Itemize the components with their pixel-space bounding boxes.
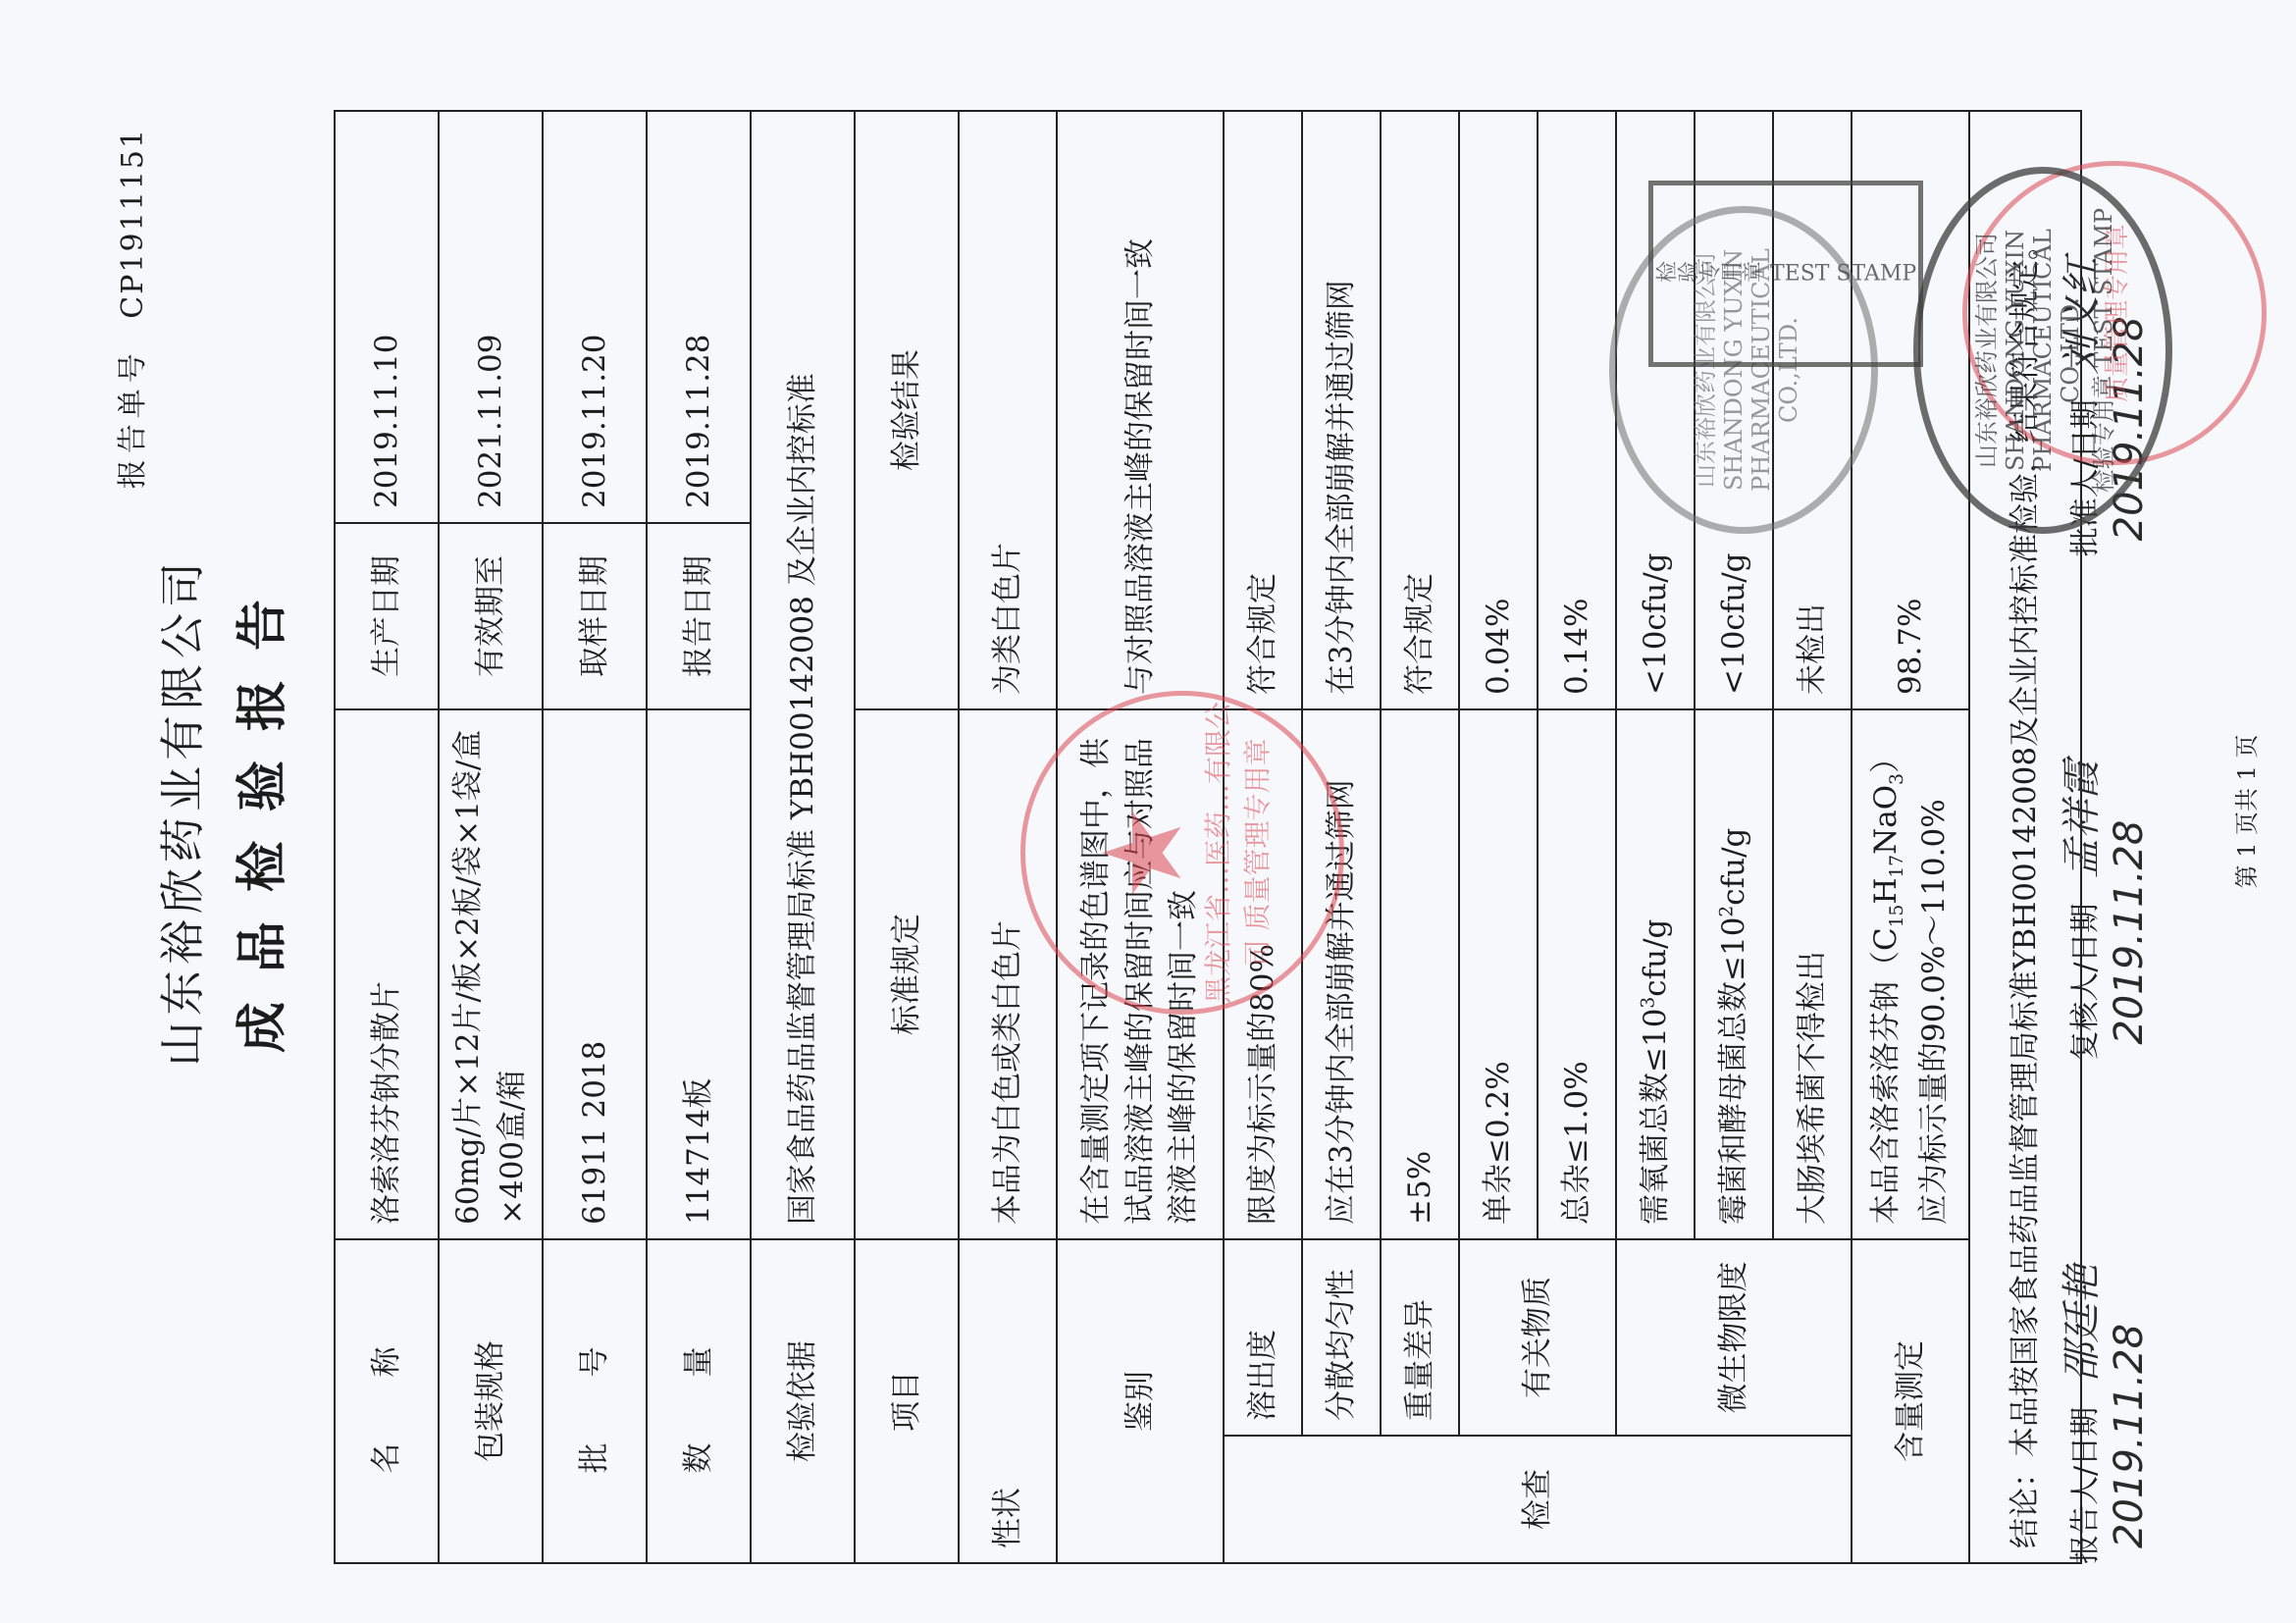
sampling-date: 2019.11.20	[543, 111, 647, 523]
header-result: 检验结果	[855, 111, 959, 709]
name-label: 名 称	[335, 1239, 439, 1563]
row-packaging: 包装规格 60mg/片×12片/板×2板/袋×1袋/盒×400盒/箱 有效期至 …	[439, 111, 543, 1563]
standard-ecoli: 大肠埃希菌不得检出	[1773, 709, 1852, 1239]
batch-number: 61911 2018	[543, 709, 647, 1239]
standard-identification: 在含量测定项下记录的色谱图中，供试品溶液主峰的保留时间应与对照品溶液主峰的保留时…	[1057, 709, 1224, 1239]
row-related-single: 有关物质 单杂≤0.2% 0.04%	[1459, 111, 1538, 1563]
signature-row: 报告人/日期 邵廷艳 2019.11.28 复核人/日期 孟祥霞 2019.11…	[2051, 112, 2152, 1564]
reviewer-sign: 孟祥霞	[2060, 760, 2105, 878]
row-appearance: 性状 本品为白色或类白色片 为类白色片	[959, 111, 1057, 1563]
item-assay: 含量测定	[1852, 1239, 1969, 1563]
expiry-label: 有效期至	[439, 523, 543, 709]
item-related-substances: 有关物质	[1459, 1239, 1616, 1436]
quantity-label: 数 量	[647, 1239, 751, 1563]
standard-weight-variation: ±5%	[1381, 709, 1459, 1239]
standard-single-impurity: 单杂≤0.2%	[1459, 709, 1538, 1239]
reporter-label: 报告人/日期	[2068, 1407, 2103, 1564]
assay-std-prefix: 本品含洛索洛芬钠（C	[1868, 927, 1904, 1225]
item-dispersion: 分散均匀性	[1302, 1239, 1381, 1436]
standard-mold-yeast: 霉菌和酵母菌总数≤102cfu/g	[1695, 709, 1773, 1239]
standard-appearance: 本品为白色或类白色片	[959, 709, 1057, 1239]
page-number: 第 1 页共 1 页	[2227, 0, 2262, 1623]
approver-label: 批准人/日期	[2068, 399, 2103, 556]
header-item: 项目	[855, 1239, 959, 1563]
reporter-sign: 邵廷艳	[2060, 1264, 2105, 1382]
production-date: 2019.11.10	[335, 111, 439, 523]
result-single-impurity: 0.04%	[1459, 111, 1538, 709]
row-dissolution: 检查 溶出度 限度为标示量的80% 符合规定	[1224, 111, 1302, 1563]
assay-mid1: H	[1868, 878, 1904, 905]
report-number: 报告单号 CP1911151	[108, 128, 151, 489]
result-dispersion: 在3分钟内全部崩解并通过筛网	[1302, 111, 1381, 709]
result-identification: 与对照品溶液主峰的保留时间一致	[1057, 111, 1224, 709]
item-weight-variation: 重量差异	[1381, 1239, 1459, 1436]
conclusion-label: 结论：	[2008, 1457, 2043, 1548]
row-identification: 鉴别 在含量测定项下记录的色谱图中，供试品溶液主峰的保留时间应与对照品溶液主峰的…	[1057, 111, 1224, 1563]
company-name: 山东裕欣药业有限公司	[147, 0, 212, 1623]
conclusion-text: 本品按国家食品药品监督管理局标准YBH00142008及企业内控标准检验，结果符…	[2008, 230, 2043, 1457]
batch-label: 批 号	[543, 1239, 647, 1563]
sampling-date-label: 取样日期	[543, 523, 647, 709]
reporter-signature: 报告人/日期 邵廷艳 2019.11.28	[2051, 1120, 2152, 1564]
approver-sign: 刘义红	[2060, 257, 2105, 375]
row-batch: 批 号 61911 2018 取样日期 2019.11.20	[543, 111, 647, 1563]
aerobic-prefix: 需氧菌总数≤10	[1638, 1009, 1673, 1225]
row-dispersion: 分散均匀性 应在3分钟内全部崩解并通过筛网 在3分钟内全部崩解并通过筛网	[1302, 111, 1381, 1563]
product-name: 洛索洛芬钠分散片	[335, 709, 439, 1239]
standard-assay: 本品含洛索洛芬钠（C15H17NaO3）应为标示量的90.0%～110.0%	[1852, 709, 1969, 1239]
standard-dissolution: 限度为标示量的80%	[1224, 709, 1302, 1239]
report-date-label: 报告日期	[647, 523, 751, 709]
item-identification: 鉴别	[1057, 1239, 1224, 1563]
assay-sub2: 17	[1888, 855, 1908, 878]
mold-unit: cfu/g	[1716, 828, 1751, 906]
report-number-value: CP1911151	[116, 128, 150, 319]
approver-date: 2019.11.28	[2107, 316, 2152, 541]
item-dissolution: 溶出度	[1224, 1239, 1302, 1436]
results-header: 项目 标准规定 检验结果	[855, 111, 959, 1563]
reviewer-signature: 复核人/日期 孟祥霞 2019.11.28	[2051, 615, 2152, 1060]
row-name: 名 称 洛索洛芬钠分散片 生产日期 2019.11.10	[335, 111, 439, 1563]
standard-aerobic-count: 需氧菌总数≤103cfu/g	[1616, 709, 1695, 1239]
packaging-label: 包装规格	[439, 1239, 543, 1563]
standard-total-impurity: 总杂≤1.0%	[1538, 709, 1616, 1239]
row-weight-variation: 重量差异 ±5% 符合规定	[1381, 111, 1459, 1563]
assay-sub1: 15	[1888, 905, 1908, 928]
assay-mid2: NaO	[1868, 785, 1904, 855]
aerobic-exp: 3	[1638, 997, 1658, 1009]
test-stamp-box: 检验专用章 TEST STAMP	[1648, 181, 1923, 367]
aerobic-unit: cfu/g	[1638, 919, 1673, 997]
item-appearance: 性状	[959, 1239, 1057, 1563]
result-weight-variation: 符合规定	[1381, 111, 1459, 709]
production-date-label: 生产日期	[335, 523, 439, 709]
assay-sub3: 3	[1888, 773, 1908, 785]
approver-signature: 批准人/日期 刘义红 2019.11.28	[2051, 112, 2152, 556]
reviewer-date: 2019.11.28	[2107, 820, 2152, 1045]
result-appearance: 为类白色片	[959, 111, 1057, 709]
packaging: 60mg/片×12片/板×2板/袋×1袋/盒×400盒/箱	[439, 709, 543, 1239]
inspection-basis: 国家食品药品监督管理局标准 YBH00142008 及企业内控标准	[751, 111, 855, 1239]
report-date: 2019.11.28	[647, 111, 751, 523]
expiry-date: 2021.11.09	[439, 111, 543, 523]
test-stamp-box-text: 检验专用章 TEST STAMP	[1655, 259, 1916, 289]
reporter-date: 2019.11.28	[2107, 1324, 2152, 1548]
item-microbial-limit: 微生物限度	[1616, 1239, 1852, 1436]
result-dissolution: 符合规定	[1224, 111, 1302, 709]
basis-label: 检验依据	[751, 1239, 855, 1563]
row-quantity: 数 量 114714板 报告日期 2019.11.28	[647, 111, 751, 1563]
mold-exp: 2	[1716, 906, 1737, 917]
header-standard: 标准规定	[855, 709, 959, 1239]
row-basis: 检验依据 国家食品药品监督管理局标准 YBH00142008 及企业内控标准	[751, 111, 855, 1563]
document-title: 成品检验报告	[221, 0, 294, 1623]
standard-dispersion: 应在3分钟内全部崩解并通过筛网	[1302, 709, 1381, 1239]
inspection-report-page: 报告单号 CP1911151 山东裕欣药业有限公司 成品检验报告 名 称 洛索洛…	[0, 0, 2296, 1623]
result-total-impurity: 0.14%	[1538, 111, 1616, 709]
item-inspection-group: 检查	[1224, 1436, 1852, 1563]
mold-prefix: 霉菌和酵母菌总数≤10	[1716, 917, 1751, 1225]
reviewer-label: 复核人/日期	[2068, 904, 2103, 1061]
quantity: 114714板	[647, 709, 751, 1239]
report-number-label: 报告单号	[116, 347, 150, 489]
